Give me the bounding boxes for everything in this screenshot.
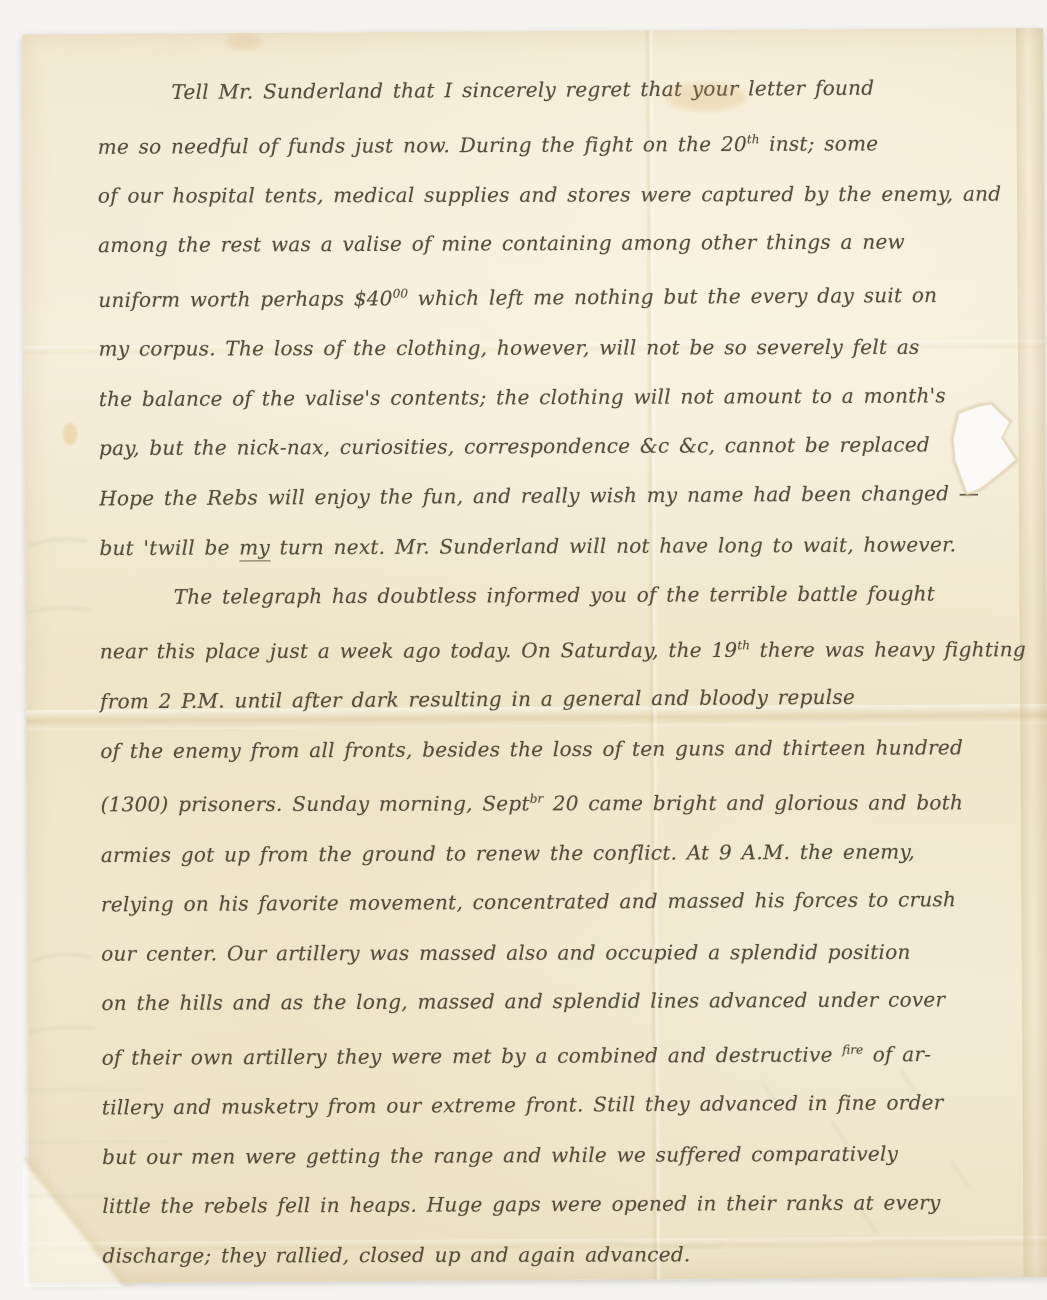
letter-line: uniform worth perhaps $4000 which left m… — [98, 266, 1042, 326]
letter-line: from 2 P.M. until after dark resulting i… — [100, 672, 1044, 727]
letter-line: relying on his favorite movement, concen… — [101, 875, 1045, 930]
letter-line: of their own artillery they were met by … — [102, 1025, 1046, 1083]
letter-line: tillery and musketry from our extreme fr… — [102, 1078, 1046, 1133]
letter-line: me so needful of funds just now. During … — [98, 114, 1042, 172]
letter-line: discharge; they rallied, closed up and a… — [102, 1229, 1046, 1281]
letter-line: but 'twill be my turn next. Mr. Sunderla… — [99, 520, 1043, 574]
letter-line: pay, but the nick-nax, curiosities, corr… — [99, 420, 1043, 474]
scan-background: Tell Mr. Sunderland that I sincerely reg… — [0, 0, 1047, 1300]
letter-line: (1300) prisoners. Sunday morning, Septbr… — [101, 774, 1045, 830]
letter-line: near this place just a week ago today. O… — [100, 620, 1044, 676]
letter-line: Hope the Rebs will enjoy the fun, and re… — [99, 469, 1043, 524]
letter-line: among the rest was a valise of mine cont… — [98, 217, 1042, 271]
letter-line: our center. Our artillery was massed als… — [101, 927, 1045, 979]
letter-line: of the enemy from all fronts, besides th… — [100, 723, 1044, 777]
letter-line: armies got up from the ground to renew t… — [101, 826, 1045, 880]
letter-line: of our hospital tents, medical supplies … — [98, 169, 1042, 221]
letter-line: the balance of the valise's contents; th… — [99, 371, 1043, 425]
letter-line: Tell Mr. Sunderland that I sincerely reg… — [97, 63, 1041, 118]
letter-body: Tell Mr. Sunderland that I sincerely reg… — [97, 64, 1046, 1282]
letter-line: but our men were getting the range and w… — [102, 1129, 1046, 1183]
letter-line: little the rebels fell in heaps. Huge ga… — [102, 1178, 1046, 1232]
letter-line: my corpus. The loss of the clothing, how… — [99, 323, 1043, 375]
letter-line: The telegraph has doubtless informed you… — [100, 569, 1044, 623]
letter-line: on the hills and as the long, massed and… — [101, 975, 1045, 1029]
